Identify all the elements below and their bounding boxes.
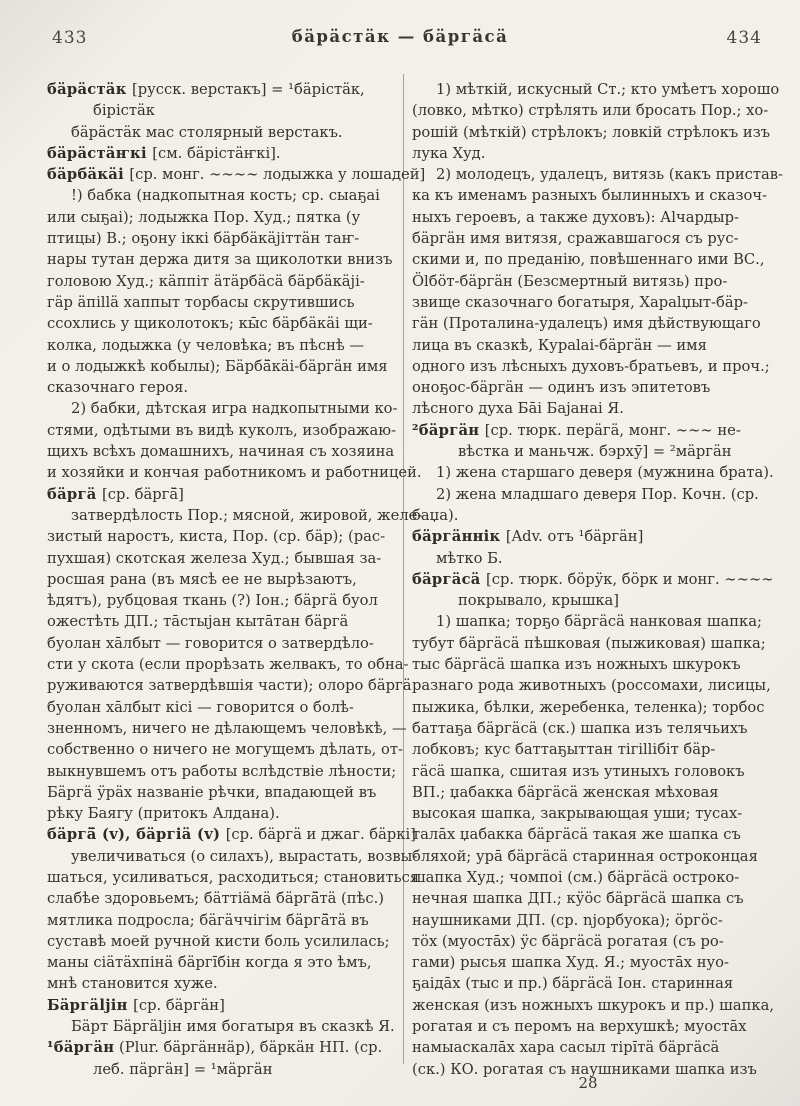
text-line: рошій (мѣткій) стрѣлокъ; ловкій стрѣлокъ… <box>412 122 774 143</box>
text-line: 1) шапка; торҕо бӓргӓсӓ нанковая шапка; <box>412 611 774 632</box>
text-line: ожестѣть ДП.; та̄стыjан кыта̄тан бӓргӓ <box>47 611 403 632</box>
entry-headword-line: ¹бӓргӓн (Plur. бӓргӓннӓр), бӓркӓн НП. (с… <box>47 1037 403 1058</box>
text-line: стями, одѣтыми въ видѣ куколъ, изображаю… <box>47 420 403 441</box>
text-line: зистый наростъ, киста, Пор. (ср. бӓр); (… <box>47 526 403 547</box>
text-line: гами) рысья шапка Худ. Я.; муоста̄х нуо- <box>412 952 774 973</box>
entry-headword-line: бӓргӓ [ср. бӓргӓ̄] <box>47 484 403 505</box>
text-line: затвердѣлость Пор.; мясной, жировой, жел… <box>47 505 403 526</box>
text-line: или сыҕаі); лодыжка Пор. Худ.; пятка (у <box>47 207 403 228</box>
text-line: ка къ именамъ разныхъ былинныхъ и сказоч… <box>412 185 774 206</box>
text-line: мятлика подросла; бӓгӓччігім бӓргӓ̄тӓ въ <box>47 910 403 931</box>
text-line: слабѣе здоровьемъ; бӓттіӓмӓ бӓргӓ̄тӓ (пѣ… <box>47 888 403 909</box>
text-line: шапка Худ.; чомпоі (см.) бӓргӓсӓ остроко… <box>412 867 774 888</box>
text-line: наушниками ДП. (ср. njорбуока); öргöс- <box>412 910 774 931</box>
text-line: леб. пӓргӓн] = ¹мӓргӓн <box>47 1059 403 1080</box>
text-line: и хозяйки и кончая работникомъ и работни… <box>47 462 403 483</box>
text-line: птицы) В.; оҕону іккі бӓрбӓкӓjіттӓн таҥ- <box>47 228 403 249</box>
text-line: сти у скота (если прорѣзать желвакъ, то … <box>47 654 403 675</box>
text-line: 1) жена старшаго деверя (мужнина брата). <box>412 462 774 483</box>
text-line: тала̄х џабакка бӓргӓсӓ такая же шапка съ <box>412 824 774 845</box>
entry-headword-line: бӓргӓсӓ [ср. тюрк. бöрӱк, бöрк и монг. ∼… <box>412 569 774 590</box>
text-line: лица въ сказкѣ, Кураlаі-бӓргӓн — имя <box>412 335 774 356</box>
entry-headword-line: бӓрбӓкӓі [ср. монг. ∼∼∼∼ лодыжка у лошад… <box>47 164 403 185</box>
text-line: тубут бӓргӓсӓ пѣшковая (пыжиковая) шапка… <box>412 633 774 654</box>
text-line: ссохлись у щиколотокъ; кы̄с бӓрбӓкӓі щи- <box>47 313 403 334</box>
text-line: баџа). <box>412 505 774 526</box>
text-line: одного изъ лѣсныхъ духовъ-братьевъ, и пр… <box>412 356 774 377</box>
text-line: рогатая и съ перомъ на верхушкѣ; муоста̄… <box>412 1016 774 1037</box>
text-line: Бӓргӓ ӱрӓх названіе рѣчки, впадающей въ <box>47 782 403 803</box>
text-line: суставѣ моей ручной кисти боль усилилась… <box>47 931 403 952</box>
entry-headword-line: Бӓргӓljін [ср. бӓргӓн] <box>47 995 403 1016</box>
text-line: женская (изъ ножныхъ шкурокъ и пр.) шапк… <box>412 995 774 1016</box>
entry-headword-line: бӓргӓ̄ (v), бӓргіӓ (v) [ср. бӓргӓ и джаг… <box>47 824 403 845</box>
text-line: колка, лодыжка (у человѣка; въ пѣснѣ — <box>47 335 403 356</box>
text-line: !) бабка (надкопытная кость; ср. сыаҕаі <box>47 185 403 206</box>
text-line: баттаҕа бӓргӓсӓ (ск.) шапка изъ телячьих… <box>412 718 774 739</box>
text-line: тыс бӓргӓсӓ шапка изъ ножныхъ шкурокъ <box>412 654 774 675</box>
text-line: ныхъ героевъ, а также духовъ): Аlчардыр- <box>412 207 774 228</box>
entry-headword-line: бӓрӓстӓҥкі [см. бӓрістӓҥкі]. <box>47 143 403 164</box>
text-line: покрывало, крышка] <box>412 590 774 611</box>
text-line: выкнувшемъ отъ работы вслѣдствіе лѣности… <box>47 761 403 782</box>
text-line: сказочнаго героя. <box>47 377 403 398</box>
text-line: руживаются затвердѣвшія части); олоро бӓ… <box>47 675 403 696</box>
text-line: лука Худ. <box>412 143 774 164</box>
text-line: щихъ всѣхъ домашнихъ, начиная съ хозяина <box>47 441 403 462</box>
text-line: тöх (муоста̄х) ӱс бӓргӓсӓ рогатая (съ ро… <box>412 931 774 952</box>
text-line: и о лодыжкѣ кобылы); Бӓрбӓ̄кӓі-бӓргӓн им… <box>47 356 403 377</box>
text-line: 2) жена младшаго деверя Пор. Кочн. (ср. <box>412 484 774 505</box>
text-line: гӓн (Проталина-удалецъ) имя дѣйствующаго <box>412 313 774 334</box>
text-line: Ölбöт-бӓргӓн (Безсмертный витязь) про- <box>412 271 774 292</box>
text-line: разнаго рода животныхъ (россомахи, лисиц… <box>412 675 774 696</box>
entry-headword-line: бӓргӓннік [Adv. отъ ¹бӓргӓн] <box>412 526 774 547</box>
text-line: нары тутан держа дитя за щиколотки внизъ <box>47 249 403 270</box>
text-line: скими и, по преданію, повѣшеннаго ими ВС… <box>412 249 774 270</box>
text-line: лобковъ; кус баттаҕыттан тігіllібіт бӓр- <box>412 739 774 760</box>
text-line: пыжика, бѣлки, жеребенка, теленка); торб… <box>412 697 774 718</box>
text-line: 1) мѣткій, искусный Ст.; кто умѣетъ хоро… <box>412 79 774 100</box>
entry-headword-line: бӓрӓстӓк [русск. верстакъ] = ¹бӓрістӓк, <box>47 79 403 100</box>
text-line: увеличиваться (о силахъ), вырастать, воз… <box>47 846 403 867</box>
column-divider <box>403 74 404 1064</box>
text-line: звище сказочнаго богатыря, Хараlџыт-бӓр- <box>412 292 774 313</box>
text-line: бӓрӓстӓк мас столярный верстакъ. <box>47 122 403 143</box>
text-line: росшая рана (въ мясѣ ее не вырѣзаютъ, <box>47 569 403 590</box>
text-line: ВП.; џабакка бӓргӓсӓ женская мѣховая <box>412 782 774 803</box>
text-line: ѣдятъ), рубцовая ткань (?) Іон.; бӓргӓ б… <box>47 590 403 611</box>
entry-headword-line: ²бӓргӓн [ср. тюрк. перӓгӓ, монг. ∼∼∼ не- <box>412 420 774 441</box>
text-line: бӓргӓн имя витязя, сражавшагося съ рус- <box>412 228 774 249</box>
text-line: пухшая) скотская железа Худ.; бывшая за- <box>47 548 403 569</box>
text-line: мнѣ становится хуже. <box>47 973 403 994</box>
text-line: собственно о ничего не могущемъ дѣлать, … <box>47 739 403 760</box>
text-line: оноҕос-бӓргӓн — одинъ изъ эпитетовъ <box>412 377 774 398</box>
text-line: бірістӓк <box>47 100 403 121</box>
text-line: буолан ха̄лбыт — говорится о затвердѣло- <box>47 633 403 654</box>
text-line: (ловко, мѣтко) стрѣлять или бросать Пор.… <box>412 100 774 121</box>
signature-mark: 28 <box>566 1074 610 1092</box>
text-line: высокая шапка, закрывающая уши; тусах- <box>412 803 774 824</box>
text-line: гӓр ӓпіllӓ хаппыт торбасы скрутившись <box>47 292 403 313</box>
page-number-right: 434 <box>727 28 762 48</box>
text-line: зненномъ, ничего не дѣлающемъ человѣкѣ, … <box>47 718 403 739</box>
text-line: ҕаіда̄х (тыс и пр.) бӓргӓсӓ Іон. старинн… <box>412 973 774 994</box>
column-right: 1) мѣткій, искусный Ст.; кто умѣетъ хоро… <box>412 79 774 1080</box>
text-line: шаться, усиливаться, расходиться; станов… <box>47 867 403 888</box>
text-line: бляхой; ура̄ бӓргӓсӓ старинная остроконц… <box>412 846 774 867</box>
column-left: бӓрӓстӓк [русск. верстакъ] = ¹бӓрістӓк,б… <box>47 79 403 1080</box>
text-line: нечная шапка ДП.; кӱöс бӓргӓсӓ шапка съ <box>412 888 774 909</box>
text-line: 2) молодецъ, удалецъ, витязь (какъ прист… <box>412 164 774 185</box>
text-line: 2) бабки, дѣтская игра надкопытными ко- <box>47 398 403 419</box>
text-line: буолан ха̄лбыт кісі — говорится о болѣ- <box>47 697 403 718</box>
text-line: мѣтко Б. <box>412 548 774 569</box>
text-line: лѣсного духа Ба̄і Баjанаі Я. <box>412 398 774 419</box>
text-line: намыаскала̄х хара сасыл тірі̄тӓ бӓргӓсӓ <box>412 1037 774 1058</box>
text-line: гӓсӓ шапка, сшитая изъ утиныхъ головокъ <box>412 761 774 782</box>
text-line: маны сіӓтӓхпінӓ бӓргі̄бін когда я это ѣм… <box>47 952 403 973</box>
running-title: бӓрӓстӓк — бӓргӓсӓ <box>0 27 800 46</box>
text-line: Бӓрт Бӓргӓljін имя богатыря въ сказкѣ Я. <box>47 1016 403 1037</box>
text-line: головою Худ.; кӓппіт ӓтӓрбӓсӓ бӓрбӓкӓjі- <box>47 271 403 292</box>
text-line: рѣку Баягу (притокъ Алдана). <box>47 803 403 824</box>
text-line: вѣстка и маньчж. бэрхӯ] = ²мӓргӓн <box>412 441 774 462</box>
